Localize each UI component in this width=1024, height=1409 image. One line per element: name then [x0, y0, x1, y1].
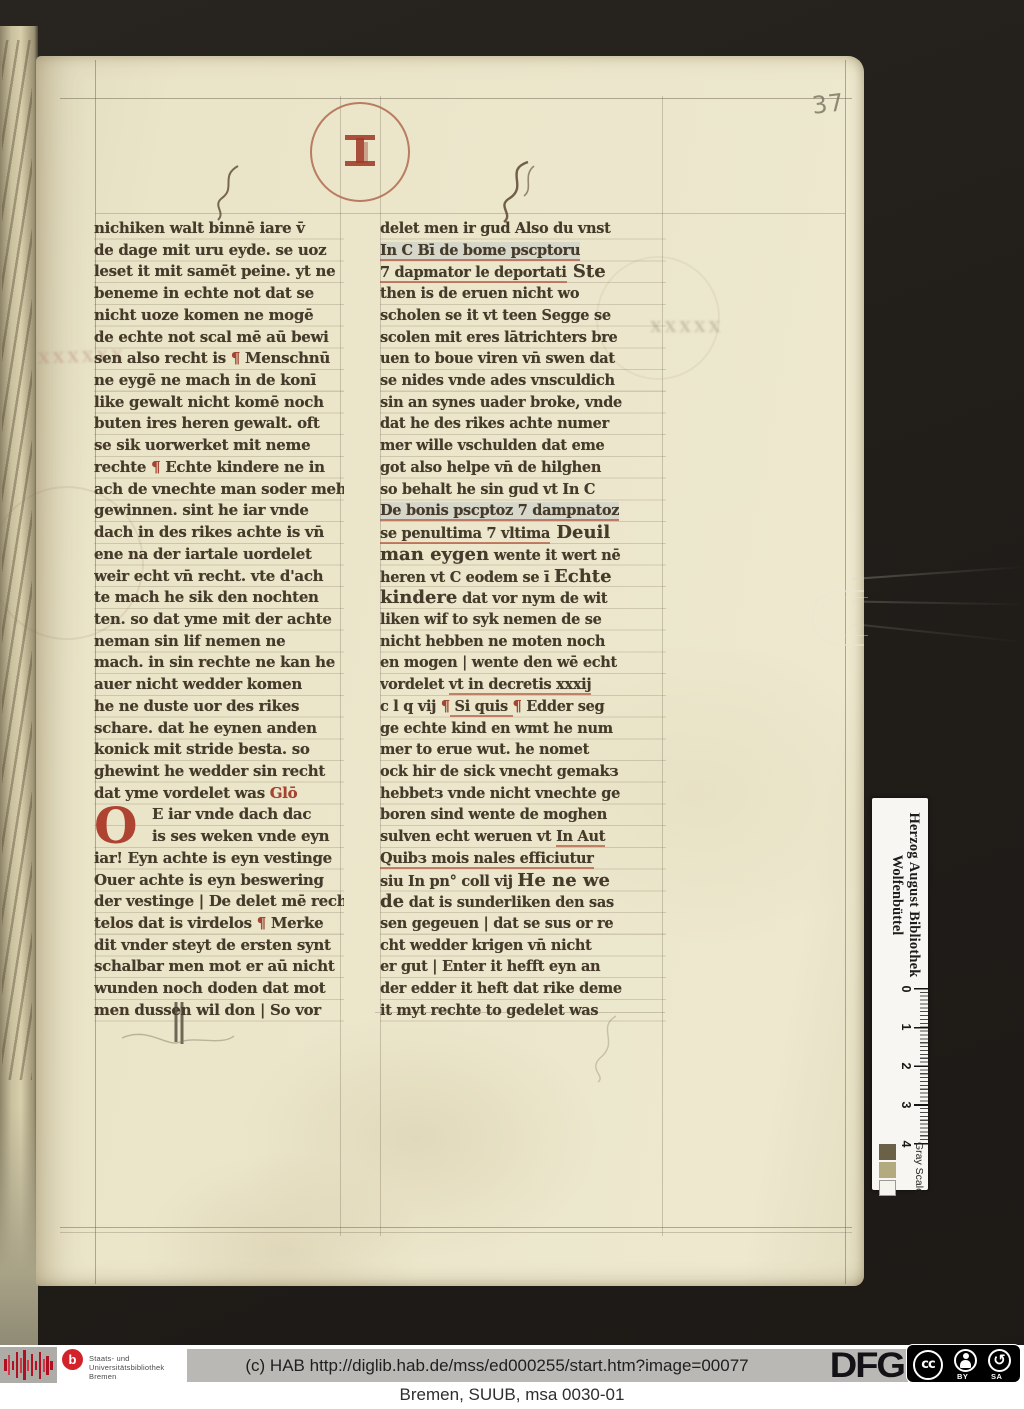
manuscript-line: de echte not scal mē aū bewi: [94, 327, 344, 349]
manuscript-line: er gut | Enter it hefft eyn an: [380, 956, 666, 978]
manuscript-page: 37 XXXXXX XXXXX O nichiken walt binnē ia…: [36, 56, 864, 1286]
ruling-horizontal-top: [60, 98, 852, 99]
manuscript-line: weir echt vn̄ recht. vte d'ach: [94, 566, 344, 588]
ruler-major-ticks: [914, 988, 928, 1146]
manuscript-line: siu In pn° coll vij He ne we: [380, 870, 666, 892]
clip-light-streak: [852, 566, 1024, 580]
manuscript-line: men dussen wil don | So vor: [94, 1000, 344, 1022]
gray-scale-patch-mid: [879, 1162, 896, 1178]
manuscript-line: Ouer achte is eyn beswering: [94, 870, 344, 892]
shelfmark-text: Bremen, SUUB, msa 0030-01: [0, 1385, 1024, 1405]
sa-arrow-glyph: ↺: [990, 1348, 1009, 1372]
org-line2: Universitätsbibliothek: [89, 1363, 164, 1372]
library-name: Herzog August Bibliothek Wolfenbüttel: [888, 804, 922, 986]
manuscript-line: mach. in sin rechte ne kan he: [94, 652, 344, 674]
pencil-flourish-bottom-right: [576, 1014, 636, 1084]
manuscript-line: ock hir de sick vnecht gemakз: [380, 761, 666, 783]
cc-by-person-icon: [954, 1349, 977, 1372]
manuscript-line: dit vnder steyt de ersten synt: [94, 935, 344, 957]
library-name-line2: Wolfenbüttel: [888, 804, 905, 986]
manuscript-line: gewinnen. sint he iar vnde: [94, 500, 344, 522]
page-holder-clip: [812, 590, 864, 646]
manuscript-line: ten. so dat yme mit der achte: [94, 609, 344, 631]
manuscript-line: konick mit stride besta. so: [94, 739, 344, 761]
suub-bars-logo: [0, 1347, 57, 1383]
manuscript-line: ne eygē ne mach in de konī: [94, 370, 344, 392]
manuscript-line: nicht uoze komen ne mogē: [94, 305, 344, 327]
bremen-library-name: Staats- und Universitätsbibliothek Breme…: [89, 1354, 164, 1381]
dfg-logo: DFG: [830, 1348, 904, 1385]
manuscript-line: sulven echt weruen vt In Aut: [380, 826, 666, 848]
manuscript-line: In C Bī de bome pscptoru: [380, 240, 666, 262]
manuscript-line: scolen mit eres lātrichters bre: [380, 327, 666, 349]
manuscript-line: scholen se it vt teen Segge se: [380, 305, 666, 327]
manuscript-line: schalbar men mot er aū nicht: [94, 956, 344, 978]
manuscript-line: it myt rechte to gedelet was: [380, 1000, 666, 1022]
fore-edge-fade: [0, 1105, 38, 1345]
manuscript-line: de dat is sunderliken den sas: [380, 891, 666, 913]
manuscript-line: te mach he sik den nochten: [94, 587, 344, 609]
manuscript-line: rechte ¶ Echte kindere ne in: [94, 457, 344, 479]
manuscript-line: ghewint he wedder sin recht: [94, 761, 344, 783]
manuscript-line: cht wedder krigen vn̄ nicht: [380, 935, 666, 957]
manuscript-line: kindere dat vor nym de wit: [380, 587, 666, 609]
manuscript-line: c l q vij ¶ Si quis ¶ Edder seg: [380, 696, 666, 718]
manuscript-line: sin an synes uader broke, vnde: [380, 392, 666, 414]
library-name-line1: Herzog August Bibliothek: [905, 804, 922, 986]
pen-flourish-right: [484, 160, 540, 224]
copyright-url-bar: (c) HAB http://diglib.hab.de/mss/ed00025…: [187, 1349, 908, 1382]
manuscript-line: neman sin lif nemen ne: [94, 631, 344, 653]
manuscript-line: se sik uorwerket mit neme: [94, 435, 344, 457]
manuscript-line: like gewalt nicht komē noch: [94, 392, 344, 414]
manuscript-line: se nides vnde ades vnsculdich: [380, 370, 666, 392]
pen-flourish-left: [208, 164, 250, 222]
manuscript-line: then is de eruen nicht wo: [380, 283, 666, 305]
manuscript-line: got also helpe vn̄ de hilghen: [380, 457, 666, 479]
gray-scale-label: Gray Scale: [913, 1142, 925, 1194]
clip-light-streak: [852, 623, 1023, 643]
page-holder-clip-inner: [819, 597, 868, 636]
ruling-horizontal-bottom1: [60, 1227, 852, 1228]
manuscript-line: schare. dat he eynen anden: [94, 718, 344, 740]
manuscript-line: buten ires heren gewalt. oft: [94, 413, 344, 435]
manuscript-line: liken wif to syk nemen de se: [380, 609, 666, 631]
manuscript-line: mer wille vschulden dat eme: [380, 435, 666, 457]
manuscript-line: leset it mit samēt peine. yt ne: [94, 261, 344, 283]
manuscript-line: vordelet vt in decretis xxxij: [380, 674, 666, 696]
numeral-one-bottom-bar: [345, 161, 375, 166]
cc-by-label: BY: [957, 1372, 968, 1381]
manuscript-line: wunden noch doden dat mot: [94, 978, 344, 1000]
ruling-horizontal-bottom2: [60, 1232, 852, 1233]
ruler-card-content: Herzog August Bibliothek Wolfenbüttel 0 …: [872, 798, 928, 1190]
footer-bar: b Staats- und Universitätsbibliothek Bre…: [0, 1345, 1024, 1409]
book-fore-edge: [0, 26, 38, 1345]
manuscript-line: de dage mit uru eyde. se uoz: [94, 240, 344, 262]
manuscript-line: dach in des rikes achte is vn̄: [94, 522, 344, 544]
manuscript-line: uen to boue viren vn̄ swen dat: [380, 348, 666, 370]
cc-license-badge: cc ↺ BY SA: [906, 1344, 1021, 1383]
manuscript-line: boren sind wente de moghen: [380, 804, 666, 826]
red-circle-stamp: [310, 102, 410, 202]
clip-light-streak: [852, 600, 1024, 605]
manuscript-line: telos dat is virdelos ¶ Merke: [94, 913, 344, 935]
ruler-number-3: 3: [899, 1102, 913, 1109]
folio-number: 37: [810, 88, 846, 120]
org-line3: Bremen: [89, 1372, 164, 1381]
manuscript-line: dat he des rikes achte numer: [380, 413, 666, 435]
manuscript-column-right: delet men ir gud Also du vnstIn C Bī de …: [380, 218, 666, 1023]
manuscript-line: man eygen wente it wert nē: [380, 544, 666, 566]
manuscript-line: sen gegeuen | dat se sus or re: [380, 913, 666, 935]
person-head: [963, 1353, 969, 1359]
manuscript-line: auer nicht wedder komen: [94, 674, 344, 696]
ruler-number-4: 4: [899, 1141, 913, 1148]
manuscript-line: der vestinge | De delet mē rech: [94, 891, 344, 913]
manuscript-line: he ne duste uor des rikes: [94, 696, 344, 718]
manuscript-line: nichiken walt binnē iare v̄: [94, 218, 344, 240]
manuscript-line: ene na der iartale uordelet: [94, 544, 344, 566]
manuscript-line: en mogen | wente den wē echt: [380, 652, 666, 674]
manuscript-line: 7 dapmator le deportati Ste: [380, 261, 666, 283]
bremen-b-logo: b: [62, 1349, 83, 1370]
manuscript-line: der edder it heft dat rike deme: [380, 978, 666, 1000]
ruling-vertical-right: [845, 60, 846, 1284]
ruler-card: Herzog August Bibliothek Wolfenbüttel 0 …: [872, 798, 928, 1190]
manuscript-line: se penultima 7 vltima Deuil: [380, 522, 666, 544]
manuscript-line: Quibз mois nales efficiutur: [380, 848, 666, 870]
copyright-url-text: (c) HAB http://diglib.hab.de/mss/ed00025…: [187, 1349, 807, 1382]
manuscript-line: beneme in echte not dat se: [94, 283, 344, 305]
numeral-one-stem: [356, 138, 364, 163]
ruler-number-2: 2: [899, 1063, 913, 1070]
cc-sa-label: SA: [991, 1372, 1002, 1381]
cc-sa-arrow-icon: ↺: [988, 1349, 1011, 1372]
manuscript-line: so behalt he sin gud vt In C: [380, 479, 666, 501]
gray-scale-patch-dark: [879, 1144, 896, 1160]
manuscript-line: heren vt C eodem se ī Echte: [380, 566, 666, 588]
ruler-number-1: 1: [899, 1024, 913, 1031]
drop-cap-initial: O: [94, 800, 138, 852]
manuscript-line: hebbetз vnde nicht vnechte ge: [380, 783, 666, 805]
manuscript-line: ach de vnechte man soder mehr: [94, 479, 344, 501]
manuscript-line: ge echte kind en wmt he num: [380, 718, 666, 740]
manuscript-line: delet men ir gud Also du vnst: [380, 218, 666, 240]
ruler-number-0: 0: [899, 986, 913, 993]
manuscript-line: sen also recht is ¶ Menschnū: [94, 348, 344, 370]
manuscript-line: mer to erue wut. he nomet: [380, 739, 666, 761]
gray-scale-patch-white: [879, 1180, 896, 1196]
manuscript-line: nicht hebben ne moten noch: [380, 631, 666, 653]
org-line1: Staats- und: [89, 1354, 164, 1363]
cc-icon: cc: [913, 1350, 943, 1380]
person-body: [960, 1360, 971, 1368]
manuscript-column-left: O nichiken walt binnē iare v̄de dage mit…: [94, 218, 344, 1023]
manuscript-line: De bonis pscptoz 7 dampnatoz: [380, 500, 666, 522]
